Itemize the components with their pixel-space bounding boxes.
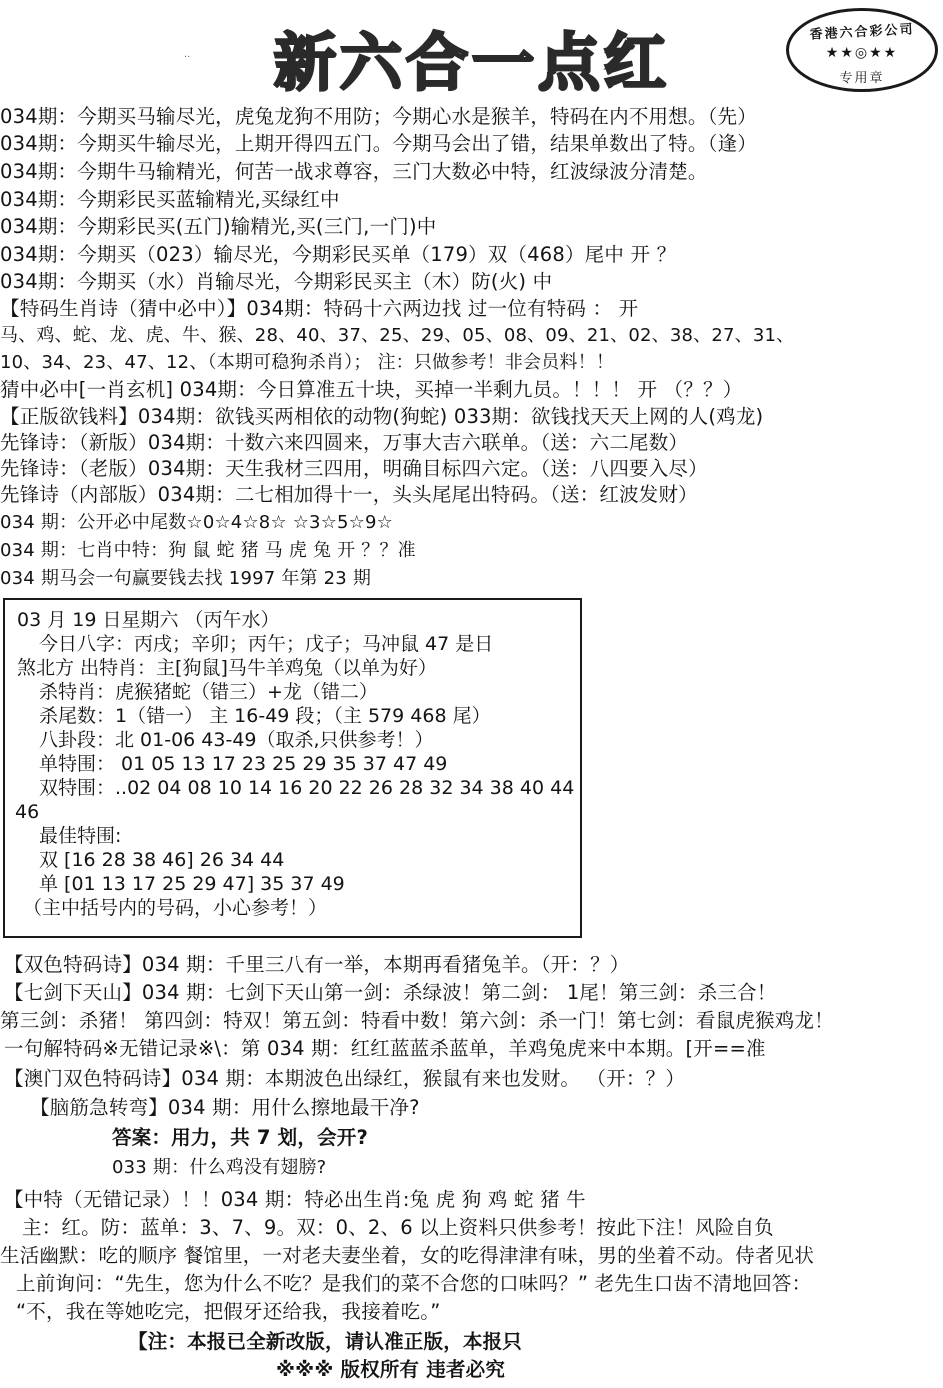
box-best-even: 双 [16 28 38 46] 26 34 44	[39, 848, 284, 872]
box-bagua: 八卦段：北 01-06 43-49（取杀,只供参考！）	[39, 728, 434, 752]
vanguard-poem-new: 先锋诗：（新版）034期：十数六来四圆来，万事大吉六联单。（送：六二尾数）	[0, 430, 688, 456]
stamp-arc-text: 香港六合彩公司	[789, 17, 936, 44]
daily-info-box: 03 月 19 日星期六 （丙午水） 今日八字：丙戌；辛卯；丙午；戊子；马冲鼠 …	[3, 598, 582, 938]
one-sentence-line: 一句解特码※无错记录※\：第 034 期：红红蓝蓝杀蓝单，羊鸡兔虎来中本期。[开…	[4, 1036, 766, 1062]
sure-zodiac-line: 【中特（无错记录）！！034 期：特必出生肖:兔 虎 狗 鸡 蛇 猪 牛	[4, 1187, 586, 1213]
seven-swords-line: 【七剑下天山】034 期：七剑下天山第一剑：杀绿波！第二剑： 1尾！第三剑：杀三…	[4, 980, 776, 1006]
tail-numbers-line: 034 期：公开必中尾数☆0☆4☆8☆ ☆3☆5☆9☆	[0, 510, 393, 536]
color-tip-line: 主：红。防：蓝单：3、7、9。双：0、2、6 以上资料只供参考！按此下注！风险自…	[22, 1215, 774, 1241]
box-odd-range: 单特围： 01 05 13 17 23 25 29 35 37 47 49	[39, 752, 447, 776]
prediction-line: 034期：今期彩民买(五门)输精光,买(三门,一门)中	[0, 214, 436, 240]
masthead-title: 新六合一点红	[272, 22, 672, 92]
box-even-range-cont: 46	[15, 800, 39, 824]
box-date: 03 月 19 日星期六 （丙午水）	[17, 608, 280, 632]
copyright-line: ※※※ 版权所有 违者必究	[276, 1357, 505, 1383]
seven-swords-cont: 第三剑：杀猪！ 第四剑：特双！第五剑：特看中数！第六剑：杀一门！第七剑：看鼠虎猴…	[0, 1008, 834, 1034]
notice-line: 【注：本报已全新改版，请认准正版，本报只	[128, 1329, 522, 1355]
seven-zodiac-line: 034 期：七肖中特：狗 鼠 蛇 猪 马 虎 兔 开 ？？准	[0, 538, 416, 564]
prediction-line: 034期：今期买（水）肖输尽光，今期彩民买主（木）防(火) 中	[0, 269, 552, 295]
company-stamp: 香港六合彩公司 ★★◎★★ 专用章	[786, 8, 938, 92]
vanguard-poem-internal: 先锋诗（内部版）034期：二七相加得十一，头头尾尾出特码。（送：红波发财）	[0, 482, 698, 508]
official-tip-line: 【正版欲钱料】034期：欲钱买两相依的动物(狗蛇) 033期：欲钱找天天上网的人…	[0, 404, 763, 430]
humor-line: 生活幽默：吃的顺序 餐馆里，一对老夫妻坐着，女的吃得津津有味，男的坐着不动。侍者…	[0, 1243, 814, 1269]
scan-artifact-dots: ··	[184, 52, 190, 63]
box-special-zodiac: 煞北方 出特肖：主[狗鼠]马牛羊鸡兔（以单为好）	[17, 656, 437, 680]
box-best-range-label: 最佳特围:	[39, 824, 121, 848]
brain-teaser-prev: 033 期：什么鸡没有翅膀?	[112, 1155, 326, 1181]
prediction-line: 034期：今期牛马输精光，何苦一战求尊容，三门大数必中特，红波绿波分清楚。	[0, 159, 708, 185]
prediction-line: 034期：今期买马输尽光，虎兔龙狗不用防；今期心水是猴羊，特码在内不用想。（先）	[0, 104, 757, 130]
zodiac-number-list-cont: 10、34、23、47、12、（本期可稳狗杀肖）； 注：只做参考！非会员料！！	[0, 350, 614, 376]
zodiac-number-list: 马、鸡、蛇、龙、虎、牛、猴、28、40、37、25、29、05、08、09、21…	[0, 323, 794, 349]
box-kill-zodiac: 杀特肖：虎猴猪蛇（错三）+龙（错二）	[39, 680, 378, 704]
humor-line-cont: 上前询问：“先生，您为什么不吃？是我们的菜不合您的口味吗？” 老先生口齿不清地回…	[16, 1271, 811, 1297]
zodiac-poem-heading: 【特码生肖诗（猜中必中）】034期：特码十六两边找 过一位有特码 ： 开	[0, 296, 638, 322]
prediction-line: 034期：今期买（023）输尽光，今期彩民买单（179）双（468）尾中 开 ？	[0, 242, 676, 268]
vanguard-poem-old: 先锋诗：（老版）034期：天生我材三四用，明确目标四六定。（送：八四要入尽）	[0, 456, 708, 482]
box-kill-tail: 杀尾数：1（错一） 主 16-49 段；（主 579 468 尾）	[39, 704, 491, 728]
jockey-club-line: 034 期马会一句赢要钱去找 1997 年第 23 期	[0, 566, 371, 592]
box-even-range: 双特围：..02 04 08 10 14 16 20 22 26 28 32 3…	[39, 776, 574, 800]
brain-teaser-question: 【脑筋急转弯】034 期：用什么擦地最干净?	[30, 1095, 420, 1121]
stamp-stars-icon: ★★◎★★	[789, 45, 935, 61]
prediction-line: 034期：今期彩民买蓝输精光,买绿红中	[0, 187, 340, 213]
box-best-odd: 单 [01 13 17 25 29 47] 35 37 49	[39, 872, 345, 896]
macau-poem-line: 【澳门双色特码诗】034 期：本期波色出绿红，猴鼠有来也发财。 （开：？）	[4, 1066, 685, 1092]
riddle-line: 猜中必中[一肖玄机] 034期：今日算准五十块，买掉一半剩九员。！！！ 开 （？…	[0, 377, 742, 403]
stamp-seal-text: 专用章	[789, 67, 935, 86]
two-color-poem: 【双色特码诗】034 期：千里三八有一举，本期再看猪兔羊。（开：？）	[4, 952, 629, 978]
humor-line-end: “不，我在等她吃完，把假牙还给我，我接着吃。”	[16, 1299, 441, 1325]
prediction-line: 034期：今期买牛输尽光，上期开得四五门。今期马会出了错，结果单数出了特。（逢）	[0, 131, 757, 157]
page-title: 新六合一点红	[274, 13, 670, 102]
box-bazi: 今日八字：丙戌；辛卯；丙午；戊子；马冲鼠 47 是日	[39, 632, 493, 656]
brain-teaser-answer: 答案：用力，共 7 划，会开?	[112, 1125, 368, 1151]
box-note: （主中括号内的号码，小心参考！）	[23, 896, 327, 920]
